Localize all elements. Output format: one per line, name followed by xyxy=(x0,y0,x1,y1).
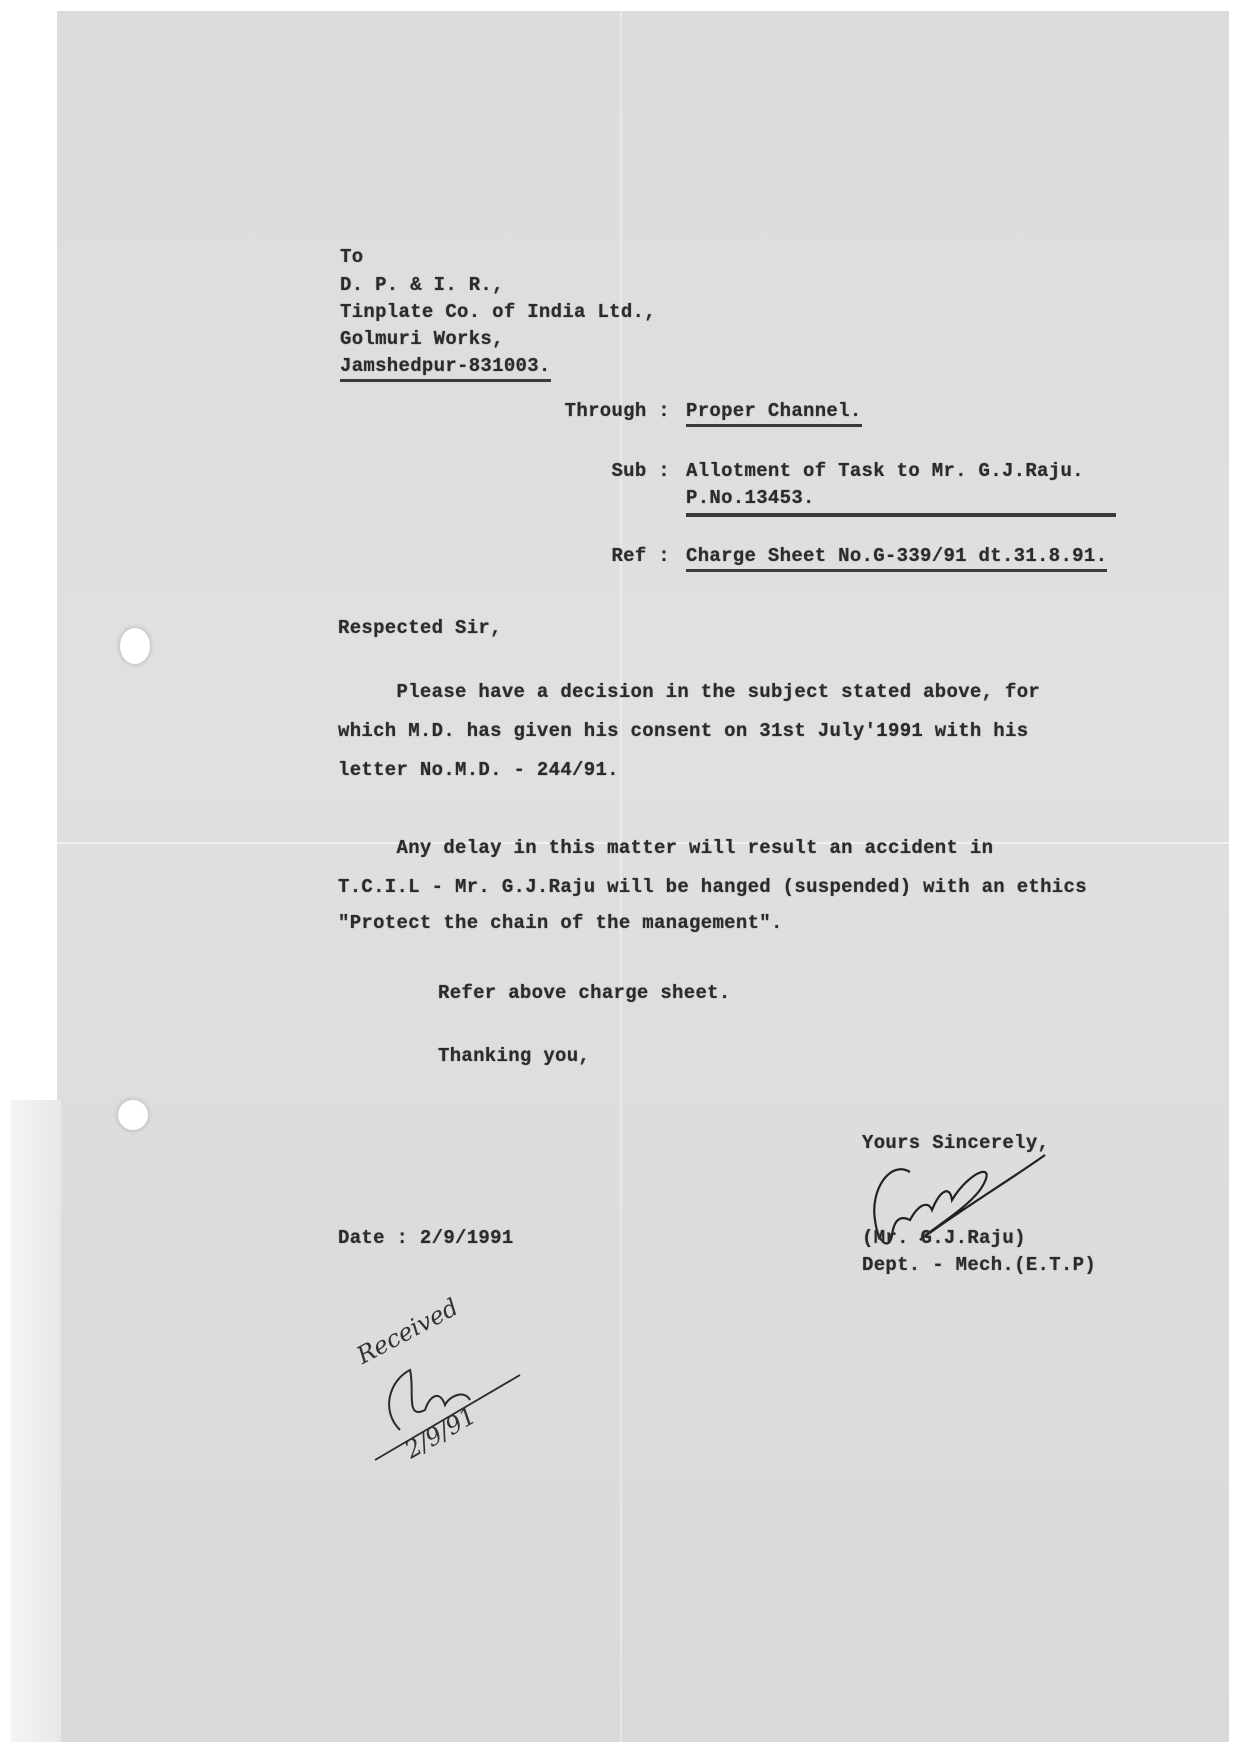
paragraph-2-line-2: T.C.I.L - Mr. G.J.Raju will be hanged (s… xyxy=(338,876,1087,898)
punch-hole-top xyxy=(120,628,150,664)
paragraph-1-line-1: Please have a decision in the subject st… xyxy=(338,681,1040,703)
letter-date: Date : 2/9/1991 xyxy=(338,1227,514,1249)
through-label: Through : xyxy=(560,400,670,422)
salutation: Respected Sir, xyxy=(338,617,502,639)
signer-department: Dept. - Mech.(E.T.P) xyxy=(862,1254,1096,1276)
subject-label: Sub : xyxy=(560,460,670,482)
paragraph-1-line-2: which M.D. has given his consent on 31st… xyxy=(338,720,1028,742)
signer-name: (Mr. G.J.Raju) xyxy=(862,1227,1026,1249)
reference-value: Charge Sheet No.G-339/91 dt.31.8.91. xyxy=(686,545,1107,572)
address-line-3: Golmuri Works, xyxy=(340,328,504,350)
address-line-2: Tinplate Co. of India Ltd., xyxy=(340,301,656,323)
thanking-line: Thanking you, xyxy=(438,1045,590,1067)
address-line-1: D. P. & I. R., xyxy=(340,274,504,296)
received-initials xyxy=(370,1350,530,1460)
subject-line-1: Allotment of Task to Mr. G.J.Raju. xyxy=(686,460,1084,482)
address-line-4: Jamshedpur-831003. xyxy=(340,355,551,382)
punch-hole-bottom xyxy=(118,1100,148,1130)
refer-line: Refer above charge sheet. xyxy=(438,982,731,1004)
subject-line-2: P.No.13453. xyxy=(686,487,815,509)
paragraph-2-line-3: "Protect the chain of the management". xyxy=(338,912,783,934)
through-value: Proper Channel. xyxy=(686,400,862,427)
paragraph-2-line-1: Any delay in this matter will result an … xyxy=(338,837,993,859)
to-label: To xyxy=(340,246,363,268)
reference-label: Ref : xyxy=(560,545,670,567)
paragraph-1-line-3: letter No.M.D. - 244/91. xyxy=(338,759,619,781)
paper-edge-strip xyxy=(11,1100,61,1742)
subject-underline xyxy=(686,513,1116,517)
